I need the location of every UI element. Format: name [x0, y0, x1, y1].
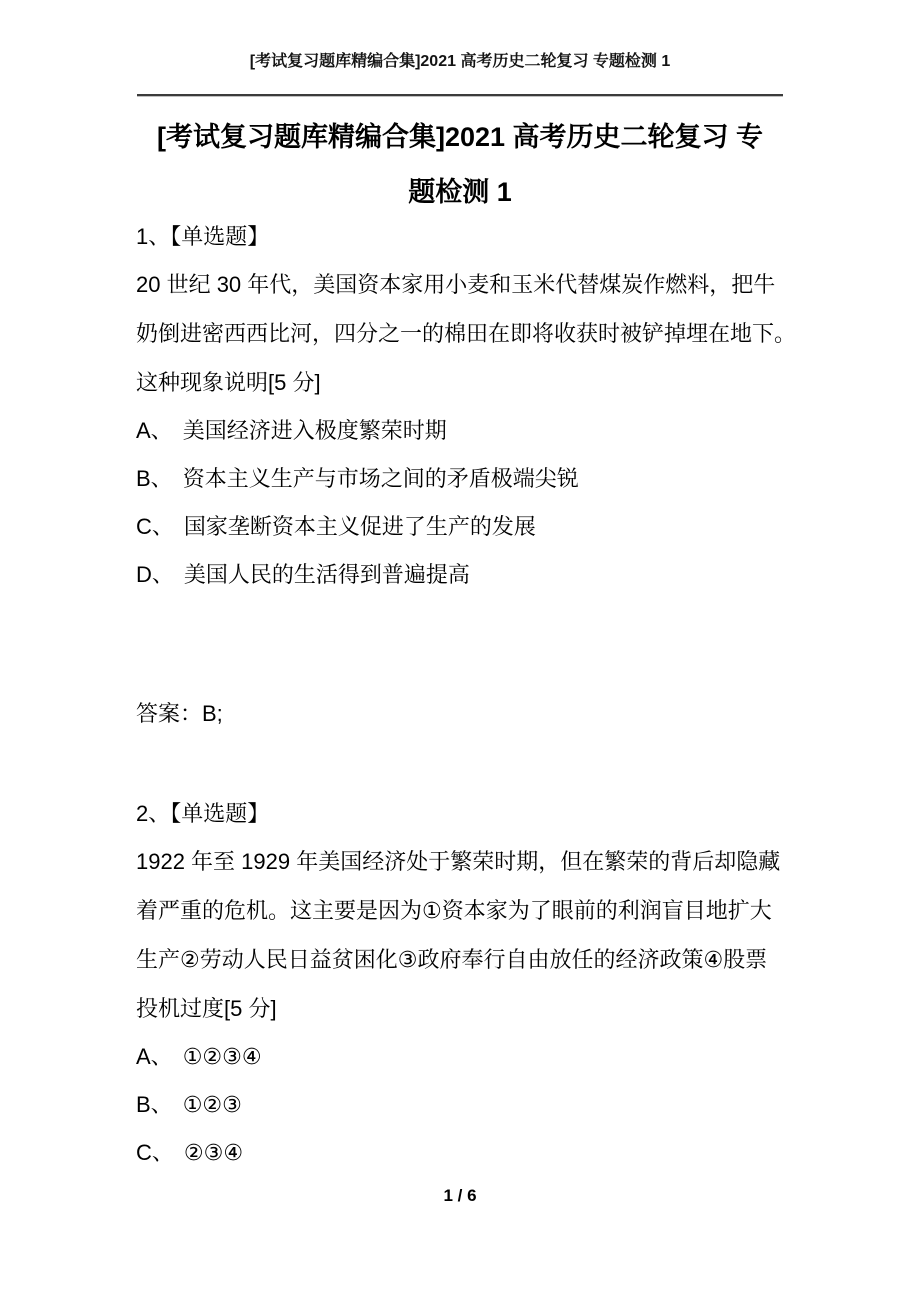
option-row: D、美国人民的生活得到普遍提高: [136, 551, 784, 599]
stem-line: 着严重的危机。这主要是因为①资本家为了眼前的利润盲目地扩大: [136, 886, 784, 935]
option-text: 美国经济进入极度繁荣时期: [183, 418, 447, 443]
question-1: 1、【单选题】 20 世纪 30 年代，美国资本家用小麦和玉米代替煤炭作燃料，把…: [136, 222, 784, 729]
stem-line: 奶倒进密西西比河，四分之一的棉田在即将收获时被铲掉埋在地下。: [136, 309, 784, 358]
question-number: 1、【单选题】: [136, 222, 784, 252]
stem-line: 投机过度[5 分]: [136, 984, 784, 1033]
option-row: B、①②③: [136, 1081, 784, 1129]
question-number: 2、【单选题】: [136, 799, 784, 829]
option-text: 国家垄断资本主义促进了生产的发展: [184, 514, 536, 539]
document-title-line: 题检测 1: [0, 165, 920, 220]
header-divider: [137, 94, 783, 97]
option-label: B、: [136, 466, 173, 491]
options-list: A、①②③④ B、①②③ C、②③④: [136, 1033, 784, 1177]
page-header-text: [考试复习题库精编合集]2021 高考历史二轮复习 专题检测 1: [0, 0, 920, 74]
option-text: ①②③: [183, 1092, 242, 1117]
question-stem: 1922 年至 1929 年美国经济处于繁荣时期，但在繁荣的背后却隐藏 着严重的…: [136, 837, 784, 1033]
option-text: ①②③④: [183, 1044, 262, 1069]
option-label: C、: [136, 514, 174, 539]
document-title: [考试复习题库精编合集]2021 高考历史二轮复习 专 题检测 1: [0, 110, 920, 220]
question-stem: 20 世纪 30 年代，美国资本家用小麦和玉米代替煤炭作燃料，把牛 奶倒进密西西…: [136, 260, 784, 407]
page-number: 1 / 6: [0, 1185, 920, 1207]
option-row: C、国家垄断资本主义促进了生产的发展: [136, 503, 784, 551]
option-row: A、美国经济进入极度繁荣时期: [136, 407, 784, 455]
option-label: B、: [136, 1092, 173, 1117]
answer-line: 答案：B;: [136, 699, 784, 729]
stem-line: 1922 年至 1929 年美国经济处于繁荣时期，但在繁荣的背后却隐藏: [136, 837, 784, 886]
stem-line: 20 世纪 30 年代，美国资本家用小麦和玉米代替煤炭作燃料，把牛: [136, 260, 784, 309]
option-text: 资本主义生产与市场之间的矛盾极端尖锐: [183, 466, 579, 491]
option-text: 美国人民的生活得到普遍提高: [184, 562, 470, 587]
option-label: C、: [136, 1140, 174, 1165]
document-title-line: [考试复习题库精编合集]2021 高考历史二轮复习 专: [0, 110, 920, 165]
option-row: C、②③④: [136, 1129, 784, 1177]
option-row: B、资本主义生产与市场之间的矛盾极端尖锐: [136, 455, 784, 503]
document-page: [考试复习题库精编合集]2021 高考历史二轮复习 专题检测 1 [考试复习题库…: [0, 0, 920, 1302]
document-body: 1、【单选题】 20 世纪 30 年代，美国资本家用小麦和玉米代替煤炭作燃料，把…: [136, 222, 784, 1177]
options-list: A、美国经济进入极度繁荣时期 B、资本主义生产与市场之间的矛盾极端尖锐 C、国家…: [136, 407, 784, 599]
option-label: A、: [136, 1044, 173, 1069]
stem-line: 生产②劳动人民日益贫困化③政府奉行自由放任的经济政策④股票: [136, 935, 784, 984]
option-label: A、: [136, 418, 173, 443]
stem-line: 这种现象说明[5 分]: [136, 358, 784, 407]
option-label: D、: [136, 562, 174, 587]
option-text: ②③④: [184, 1140, 243, 1165]
question-2: 2、【单选题】 1922 年至 1929 年美国经济处于繁荣时期，但在繁荣的背后…: [136, 799, 784, 1177]
option-row: A、①②③④: [136, 1033, 784, 1081]
